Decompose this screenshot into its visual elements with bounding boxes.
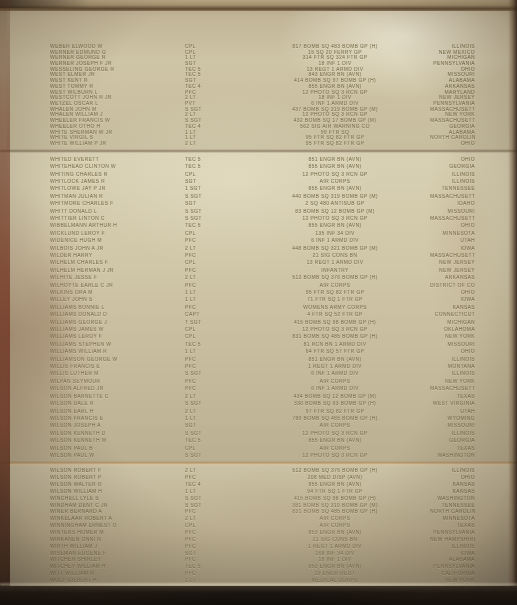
unit-cell: 97 FTR SQ 82 FTR GP xyxy=(240,409,430,415)
state-cell: IOWA xyxy=(430,551,475,557)
memorial-row: WICKLUND LEROY FCPL135 INF 34 DIVMINNESO… xyxy=(50,230,475,237)
unit-cell: 95 FTR SQ 82 FTR GP xyxy=(240,290,430,296)
memorial-row: WILSON KENNETH WTEC 5855 ENGR BN (AVN)GE… xyxy=(50,437,475,444)
name-cell: WIRKANEN ONNI N xyxy=(50,537,185,543)
state-cell: ILLINOIS xyxy=(430,371,475,377)
state-cell: OHIO xyxy=(430,141,475,147)
memorial-row: WHITTIER LINTON CS SGT12 PHOTO SQ 3 RCN … xyxy=(50,215,475,222)
state-cell: NEW HAMPSHIRE xyxy=(430,537,475,543)
unit-cell: 780 BOMB SQ 465 BOMB GP (H) xyxy=(240,416,430,422)
unit-cell: 853 ENGR BN (AVN) xyxy=(240,564,430,570)
memorial-row: WHITMAN JULIAN RS SGT440 BOMB SQ 319 BOM… xyxy=(50,193,475,200)
unit-cell: 6 INF 1 ARMD DIV xyxy=(240,371,430,377)
state-cell: ARKANSAS xyxy=(430,275,475,281)
memorial-row: WINKELAAR ROBERT A2 LTAIR CORPSMINNESOTA xyxy=(50,516,475,523)
rank-cell: PFC xyxy=(185,386,240,392)
rank-cell: CPL xyxy=(185,260,240,266)
photo-top-left-shadow xyxy=(0,0,90,8)
unit-cell: 831 BOMB SQ 485 BOMB GP (H) xyxy=(240,334,430,340)
memorial-row: WHITING CHARLES RCPL12 PHOTO SQ 3 RCN GP… xyxy=(50,171,475,178)
rank-cell: TEC 5 xyxy=(185,164,240,170)
unit-cell: AIR CORPS xyxy=(240,446,430,452)
unit-cell: 381 BOMB SQ 310 BOMB GP (M) xyxy=(240,503,430,509)
name-cell: WILLIAMS JAMES W xyxy=(50,327,185,333)
memorial-row: WILLEY JOHN S1 LT71 FTR SQ 1 FTR GPIOWA xyxy=(50,297,475,304)
state-cell: NEW YORK xyxy=(430,334,475,340)
name-cell: WILSON PAUL B xyxy=(50,446,185,452)
name-cell: WIDENICE HUGH M xyxy=(50,238,185,244)
memorial-row: WISEMAN EUGENE FSGT168 INF 34 DIVIOWA xyxy=(50,550,475,557)
state-cell: MINNESOTA xyxy=(430,516,475,522)
rank-cell: TEC 5 xyxy=(185,438,240,444)
rank-cell: CPL xyxy=(185,334,240,340)
state-cell: MICHIGAN xyxy=(430,320,475,326)
rank-cell: 2 LT xyxy=(185,409,240,415)
memorial-row: WILDER HARRYPFC21 SIG CONS BNMASSACHUSET… xyxy=(50,252,475,259)
state-cell: WASHINGTON xyxy=(430,453,475,459)
name-cell: WHITLOWE JAY P JR xyxy=(50,186,185,192)
name-cell: WILBOIS JOHN A JR xyxy=(50,246,185,252)
state-cell: MASSACHUSETTS xyxy=(430,216,475,222)
rank-cell: PFC xyxy=(185,305,240,311)
name-cell: WILLIAMS WILLIAM R xyxy=(50,349,185,355)
name-cell: WILHELM HERMAN J JR xyxy=(50,268,185,274)
rank-cell: SGT xyxy=(185,551,240,557)
memorial-row: WILLIAMSON GEORGE WPFC851 ENGR BN (AVN)I… xyxy=(50,356,475,363)
memorial-row: WILKINS ORA M1 LT95 FTR SQ 82 FTR GPOHIO xyxy=(50,289,475,296)
memorial-row: WILSON BARNETTE C2 LT434 BOMB SQ 12 BOMB… xyxy=(50,393,475,400)
name-cell: WHITMAN JULIAN R xyxy=(50,194,185,200)
state-cell: MINNESOTA xyxy=(430,231,475,237)
name-cell: WILSON ROBERT F xyxy=(50,468,185,474)
memorial-row: WILSON PAUL BCPLAIR CORPSTEXAS xyxy=(50,445,475,452)
rank-cell: PFC xyxy=(185,544,240,550)
state-cell: MISSOURI xyxy=(430,342,475,348)
name-cell: WISEMAN EUGENE F xyxy=(50,551,185,557)
unit-cell: 12 PHOTO SQ 3 RCN GP xyxy=(240,216,430,222)
name-cell: WILSON BARNETTE C xyxy=(50,394,185,400)
name-cell: WILSON WILLIAM H xyxy=(50,489,185,495)
memorial-row: WHITLOCK JAMES RSGTAIR CORPSILLINOIS xyxy=(50,178,475,185)
unit-cell: 512 BOMB SQ 376 BOMB GP (H) xyxy=(240,275,430,281)
name-cell: WHITE WILLIAM P JR xyxy=(50,141,185,147)
name-cell: WILLIS FRANCIS E xyxy=(50,364,185,370)
memorial-row: WILSON WILLIAM H1 LT94 FTR SQ 1 FTR GPKA… xyxy=(50,489,475,496)
unit-cell: 440 BOMB SQ 319 BOMB GP (M) xyxy=(240,194,430,200)
unit-cell: 434 BOMB SQ 12 BOMB GP (M) xyxy=(240,394,430,400)
name-cell: WINKELAAR ROBERT A xyxy=(50,516,185,522)
state-cell: KANSAS xyxy=(430,305,475,311)
memorial-row: WILHELM HERMAN J JRPFCINFANTRYNEW JERSEY xyxy=(50,267,475,274)
unit-cell: 1 REGT 1 ARMD DIV xyxy=(240,544,430,550)
rank-cell: S SGT xyxy=(185,209,240,215)
state-cell: PENNSYLVANIA xyxy=(430,530,475,536)
rank-cell: PFC xyxy=(185,238,240,244)
name-cell: WHITLOCK JAMES R xyxy=(50,179,185,185)
unit-cell: 855 ENGR BN (AVN) xyxy=(240,438,430,444)
rank-cell: S SGT xyxy=(185,496,240,502)
rank-cell: TEC 4 xyxy=(185,482,240,488)
name-cell: WIBBELMANN ARTHUR H xyxy=(50,223,185,229)
name-cell: WILKINS ORA M xyxy=(50,290,185,296)
name-cell: WILLIAMS DONALD D xyxy=(50,312,185,318)
memorial-tablet-photo: WEBER ELWOOD WCPL817 BOMB SQ 483 BOMB GP… xyxy=(0,0,517,605)
name-cell: WINTERS HOMER M xyxy=(50,530,185,536)
rank-cell: TEC 5 xyxy=(185,342,240,348)
name-cell: WILSON WALTER O xyxy=(50,482,185,488)
memorial-row: WITCHEY WILLIAM HTEC 5853 ENGR BN (AVN)P… xyxy=(50,564,475,571)
unit-cell: 21 SIG CONS BN xyxy=(240,537,430,543)
name-cell: WILSON FRANCIS E xyxy=(50,416,185,422)
memorial-row: WILHITE JESSE F2 LT512 BOMB SQ 376 BOMB … xyxy=(50,275,475,282)
unit-cell: 6 INF 1 ARMD DIV xyxy=(240,386,430,392)
unit-cell: 855 ENGR BN (AVN) xyxy=(240,223,430,229)
memorial-row: WILHOYTE EARLE C JRPFCAIR CORPSDISTRICT … xyxy=(50,282,475,289)
name-cell: WILLEY JOHN S xyxy=(50,297,185,303)
rank-cell: PFC xyxy=(185,357,240,363)
memorial-row: WILSON ALFRED JRPFC6 INF 1 ARMD DIVMASSA… xyxy=(50,386,475,393)
state-cell: IDAHO xyxy=(430,201,475,207)
state-cell: ILLINOIS xyxy=(430,544,475,550)
rank-cell: S SGT xyxy=(185,194,240,200)
state-cell: ILLINOIS xyxy=(430,468,475,474)
name-cell: WITCHER SHIRLEY xyxy=(50,557,185,563)
state-cell: MISSOURI xyxy=(430,423,475,429)
photo-bottom-shadow xyxy=(0,586,517,605)
state-cell: ILLINOIS xyxy=(430,172,475,178)
state-cell: MASSACHUSETTS xyxy=(430,253,475,259)
unit-cell: 853 ENGR BN (AVN) xyxy=(240,530,430,536)
rank-cell: S SGT xyxy=(185,503,240,509)
name-cell: WINDHAM DENT C JR xyxy=(50,503,185,509)
unit-cell: AIR CORPS xyxy=(240,179,430,185)
unit-cell: 851 ENGR BN (AVN) xyxy=(240,157,430,163)
state-cell: CALIFORNIA xyxy=(430,571,475,577)
unit-cell: 19 ENGR REGT xyxy=(240,571,430,577)
rank-cell: 1 SGT xyxy=(185,186,240,192)
name-cell: WHITTIER LINTON C xyxy=(50,216,185,222)
rank-cell: PFC xyxy=(185,379,240,385)
unit-cell: 831 BOMB SQ 485 BOMB GP (H) xyxy=(240,509,430,515)
name-cell: WILHELM CHARLES F xyxy=(50,260,185,266)
name-cell: WILSON KENNETH W xyxy=(50,438,185,444)
state-cell: NORTH CAROLINA xyxy=(430,509,475,515)
memorial-row: WILHELM CHARLES FCPL13 REGT 1 ARMD DIVNE… xyxy=(50,260,475,267)
memorial-row: WITT WILLIAM MPFC19 ENGR REGTCALIFORNIA xyxy=(50,571,475,578)
rank-cell: CAPT xyxy=(185,312,240,318)
state-cell: NEW JERSEY xyxy=(430,260,475,266)
state-cell: TENNESSEE xyxy=(430,186,475,192)
rank-cell: S SGT xyxy=(185,431,240,437)
rank-cell: 1 LT xyxy=(185,349,240,355)
rank-cell: 2 LT xyxy=(185,468,240,474)
memorial-row: WILSON KENNETH DS SGT12 PHOTO SQ 3 RCN G… xyxy=(50,430,475,437)
memorial-row: WILSON JOSEPH ASGTAIR CORPSMISSOURI xyxy=(50,423,475,430)
rank-cell: 2 LT xyxy=(185,141,240,147)
unit-cell: 6 INF 1 ARMD DIV xyxy=(240,238,430,244)
unit-cell: 21 SIG CONS BN xyxy=(240,253,430,259)
unit-cell: 81 RCN BN 1 ARMD DIV xyxy=(240,342,430,348)
rank-cell: CPL xyxy=(185,172,240,178)
rank-cell: TEC 5 xyxy=(185,223,240,229)
name-cell: WHITED EVERETT xyxy=(50,157,185,163)
name-cell: WILSON KENNETH D xyxy=(50,431,185,437)
state-cell: TENNESSEE xyxy=(430,503,475,509)
state-cell: ALABAMA xyxy=(430,557,475,563)
memorial-row: WILLIAMS GEORGE JT SGT415 BOMB SQ 98 BOM… xyxy=(50,319,475,326)
state-cell: TEXAS xyxy=(430,394,475,400)
memorial-row: WILLIS FRANCIS EPFC1 REGT 1 ARMD DIVMONT… xyxy=(50,363,475,370)
name-cell: WILLIAMS STEPHEN W xyxy=(50,342,185,348)
memorial-row: WILSON ROBERT PPFC208 MED DISP (AVN)OHIO xyxy=(50,475,475,482)
name-cell: WHITMORE CHARLES F xyxy=(50,201,185,207)
rank-cell: S SGT xyxy=(185,401,240,407)
memorial-row: WINDHAM DENT C JRS SGT381 BOMB SQ 310 BO… xyxy=(50,502,475,509)
rank-cell: PFC xyxy=(185,364,240,370)
memorial-row: WILSON FRANCIS E1 LT780 BOMB SQ 465 BOMB… xyxy=(50,415,475,422)
state-cell: KANSAS xyxy=(430,482,475,488)
name-cell: WILDER HARRY xyxy=(50,253,185,259)
rank-cell: 2 LT xyxy=(185,275,240,281)
panel-2-name-rows: WHITED EVERETTTEC 5851 ENGR BN (AVN)OHIO… xyxy=(50,156,475,460)
state-cell: IOWA xyxy=(430,297,475,303)
rank-cell: 1 LT xyxy=(185,297,240,303)
memorial-row: WILBOIS JOHN A JR2 LT448 BOMB SQ 321 BOM… xyxy=(50,245,475,252)
name-cell: WILLIAMS GEORGE J xyxy=(50,320,185,326)
unit-cell: AIR CORPS xyxy=(240,423,430,429)
tablet-right-edge xyxy=(508,0,517,605)
state-cell: ILLINOIS xyxy=(430,431,475,437)
unit-cell: 94 FTR SQ 1 FTR GP xyxy=(240,489,430,495)
rank-cell: CPL xyxy=(185,446,240,452)
rank-cell: SGT xyxy=(185,201,240,207)
state-cell: NEW YORK xyxy=(430,379,475,385)
memorial-row: WILSON DALE RS SGT330 BOMB SQ 93 BOMB GP… xyxy=(50,400,475,407)
memorial-row: WINNINGHAM ERNEST OCPLAIR CORPSTEXAS xyxy=(50,523,475,530)
unit-cell: AIR CORPS xyxy=(240,516,430,522)
name-cell: WIRTH WILLIAM J xyxy=(50,544,185,550)
memorial-row: WHITEHEAD CLINTON WTEC 5855 ENGR BN (AVN… xyxy=(50,163,475,170)
name-cell: WILSON PAUL W xyxy=(50,453,185,459)
state-cell: WYOMING xyxy=(430,416,475,422)
unit-cell: 168 INF 34 DIV xyxy=(240,551,430,557)
name-cell: WILHOYTE EARLE C JR xyxy=(50,283,185,289)
unit-cell: 13 REGT 1 ARMD DIV xyxy=(240,260,430,266)
memorial-row: WHITMORE CHARLES FSGT2 SQ 480 ANTISUB GP… xyxy=(50,200,475,207)
state-cell: WASHINGTON xyxy=(430,496,475,502)
memorial-row: WILLIAMS STEPHEN WTEC 581 RCN BN 1 ARMD … xyxy=(50,341,475,348)
unit-cell: 330 BOMB SQ 93 BOMB GP (H) xyxy=(240,401,430,407)
state-cell: NEW JERSEY xyxy=(430,268,475,274)
unit-cell: 95 FTR SQ 82 FTR GP xyxy=(240,141,430,147)
unit-cell: 18 INF 1 DIV xyxy=(240,557,430,563)
unit-cell: 64 FTR SQ 57 FTR GP xyxy=(240,349,430,355)
rank-cell: CPL xyxy=(185,327,240,333)
unit-cell: 855 ENGR BN (AVN) xyxy=(240,164,430,170)
rank-cell: SGT xyxy=(185,423,240,429)
state-cell: ILLINOIS xyxy=(430,179,475,185)
name-cell: WINNINGHAM ERNEST O xyxy=(50,523,185,529)
rank-cell: 1 LT xyxy=(185,416,240,422)
rank-cell: 2 LT xyxy=(185,516,240,522)
panel-3-name-rows: WILSON ROBERT F2 LT512 BOMB SQ 376 BOMB … xyxy=(50,468,475,584)
state-cell: MONTANA xyxy=(430,364,475,370)
unit-cell: 448 BOMB SQ 321 BOMB GP (M) xyxy=(240,246,430,252)
name-cell: WILPAN SEYMOUR xyxy=(50,379,185,385)
state-cell: IOWA xyxy=(430,246,475,252)
state-cell: OHIO xyxy=(430,475,475,481)
state-cell: TEXAS xyxy=(430,523,475,529)
unit-cell: 208 MED DISP (AVN) xyxy=(240,475,430,481)
memorial-row: WHITT DONALD LS SGT83 BOMB SQ 12 BOMB GP… xyxy=(50,208,475,215)
memorial-row: WHITLOWE JAY P JR1 SGT855 ENGR BN (AVN)T… xyxy=(50,186,475,193)
name-cell: WILSON ROBERT P xyxy=(50,475,185,481)
unit-cell: 512 BOMB SQ 376 BOMB GP (H) xyxy=(240,468,430,474)
rank-cell: CPL xyxy=(185,523,240,529)
rank-cell: PFC xyxy=(185,537,240,543)
unit-cell: 12 PHOTO SQ 3 RCN GP xyxy=(240,327,430,333)
name-cell: WINER BERNARD A xyxy=(50,509,185,515)
rank-cell: PFC xyxy=(185,557,240,563)
memorial-row: WILLIAMS LEROY FCPL831 BOMB SQ 485 BOMB … xyxy=(50,334,475,341)
unit-cell: AIR CORPS xyxy=(240,523,430,529)
unit-cell: 71 FTR SQ 1 FTR GP xyxy=(240,297,430,303)
name-cell: WILLIAMS BONNIE L xyxy=(50,305,185,311)
unit-cell: 851 ENGR BN (AVN) xyxy=(240,357,430,363)
unit-cell: INFANTRY xyxy=(240,268,430,274)
state-cell: GEORGIA xyxy=(430,164,475,170)
state-cell: KANSAS xyxy=(430,489,475,495)
name-cell: WILLIAMS LEROY F xyxy=(50,334,185,340)
rank-cell: S SGT xyxy=(185,453,240,459)
memorial-row: WHITED EVERETTTEC 5851 ENGR BN (AVN)OHIO xyxy=(50,156,475,163)
unit-cell: AIR CORPS xyxy=(240,379,430,385)
state-cell: UTAH xyxy=(430,409,475,415)
unit-cell: AIR CORPS xyxy=(240,283,430,289)
state-cell: WEST VIRGINIA xyxy=(430,401,475,407)
memorial-row: WIRTH WILLIAM JPFC1 REGT 1 ARMD DIVILLIN… xyxy=(50,543,475,550)
rank-cell: 1 LT xyxy=(185,489,240,495)
rank-cell: 2 LT xyxy=(185,246,240,252)
state-cell: OHIO xyxy=(430,157,475,163)
rank-cell: PFC xyxy=(185,253,240,259)
memorial-row: WIDENICE HUGH MPFC6 INF 1 ARMD DIVUTAH xyxy=(50,237,475,244)
memorial-row: WILLIAMS JAMES WCPL12 PHOTO SQ 3 RCN GPO… xyxy=(50,326,475,333)
memorial-row: WILLIAMS WILLIAM R1 LT64 FTR SQ 57 FTR G… xyxy=(50,349,475,356)
memorial-row: WINCHELL LYLE SS SGT415 BOMB SQ 98 BOMB … xyxy=(50,495,475,502)
unit-cell: 12 PHOTO SQ 3 RCN GP xyxy=(240,431,430,437)
rank-cell: 1 LT xyxy=(185,290,240,296)
state-cell: OHIO xyxy=(430,290,475,296)
rank-cell: PFC xyxy=(185,475,240,481)
unit-cell: 855 ENGR BN (AVN) xyxy=(240,482,430,488)
memorial-row: WITCHER SHIRLEYPFC18 INF 1 DIVALABAMA xyxy=(50,557,475,564)
memorial-row: WILSON PAUL WS SGT12 PHOTO SQ 3 RCN GPWA… xyxy=(50,452,475,459)
state-cell: OHIO xyxy=(430,223,475,229)
rank-cell: PFC xyxy=(185,268,240,274)
rank-cell: T SGT xyxy=(185,320,240,326)
state-cell: ILLINOIS xyxy=(430,357,475,363)
state-cell: MISSOURI xyxy=(430,209,475,215)
rank-cell: SGT xyxy=(185,179,240,185)
rank-cell: S SGT xyxy=(185,371,240,377)
name-cell: WITT WILLIAM M xyxy=(50,571,185,577)
memorial-row: WINER BERNARD APFC831 BOMB SQ 485 BOMB G… xyxy=(50,509,475,516)
rank-cell: TEC 5 xyxy=(185,157,240,163)
rank-cell: PFC xyxy=(185,509,240,515)
rank-cell: 2 LT xyxy=(185,394,240,400)
name-cell: WINCHELL LYLE S xyxy=(50,496,185,502)
rank-cell: S SGT xyxy=(185,216,240,222)
name-cell: WHITEHEAD CLINTON W xyxy=(50,164,185,170)
unit-cell: 12 PHOTO SQ 3 RCN GP xyxy=(240,453,430,459)
unit-cell: 4 FTR SQ 52 FTR GP xyxy=(240,312,430,318)
memorial-row: WILSON EARL H2 LT97 FTR SQ 82 FTR GPUTAH xyxy=(50,408,475,415)
unit-cell: 12 PHOTO SQ 3 RCN GP xyxy=(240,172,430,178)
unit-cell: 855 ENGR BN (AVN) xyxy=(240,186,430,192)
name-cell: WILSON JOSEPH A xyxy=(50,423,185,429)
memorial-row: WILLIAMS BONNIE LPFCWOMENS ARMY CORPSKAN… xyxy=(50,304,475,311)
memorial-row: WILLIAMS DONALD DCAPT4 FTR SQ 52 FTR GPC… xyxy=(50,312,475,319)
name-cell: WILSON ALFRED JR xyxy=(50,386,185,392)
state-cell: PENNSYLVANIA xyxy=(430,564,475,570)
rank-cell: PFC xyxy=(185,283,240,289)
memorial-row: WHITE WILLIAM P JR2 LT95 FTR SQ 82 FTR G… xyxy=(50,141,475,147)
name-cell: WITCHEY WILLIAM H xyxy=(50,564,185,570)
rank-cell: TEC 5 xyxy=(185,564,240,570)
name-cell: WILSON DALE R xyxy=(50,401,185,407)
state-cell: CONNECTICUT xyxy=(430,312,475,318)
state-cell: OKLAHOMA xyxy=(430,327,475,333)
memorial-row: WILSON ROBERT F2 LT512 BOMB SQ 376 BOMB … xyxy=(50,468,475,475)
memorial-row: WILPAN SEYMOURPFCAIR CORPSNEW YORK xyxy=(50,378,475,385)
rank-cell: PFC xyxy=(185,571,240,577)
unit-cell: 83 BOMB SQ 12 BOMB GP (M) xyxy=(240,209,430,215)
name-cell: WILLIS LUTHER M xyxy=(50,371,185,377)
memorial-row: WIBBELMANN ARTHUR HTEC 5855 ENGR BN (AVN… xyxy=(50,223,475,230)
name-cell: WILSON EARL H xyxy=(50,409,185,415)
name-cell: WILLIAMSON GEORGE W xyxy=(50,357,185,363)
state-cell: MASSACHUSETTS xyxy=(430,194,475,200)
memorial-row: WINTERS HOMER MPFC853 ENGR BN (AVN)PENNS… xyxy=(50,530,475,537)
state-cell: UTAH xyxy=(430,238,475,244)
tablet-left-edge xyxy=(0,0,10,605)
memorial-row: WIRKANEN ONNI NPFC21 SIG CONS BNNEW HAMP… xyxy=(50,536,475,543)
state-cell: GEORGIA xyxy=(430,438,475,444)
memorial-row: WILLIS LUTHER MS SGT6 INF 1 ARMD DIVILLI… xyxy=(50,371,475,378)
unit-cell: 1 REGT 1 ARMD DIV xyxy=(240,364,430,370)
unit-cell: 415 BOMB SQ 98 BOMB GP (H) xyxy=(240,496,430,502)
unit-cell: 415 BOMB SQ 98 BOMB GP (H) xyxy=(240,320,430,326)
panel-1-name-rows: WEBER ELWOOD WCPL817 BOMB SQ 483 BOMB GP… xyxy=(50,44,475,147)
state-cell: TEXAS xyxy=(430,446,475,452)
unit-cell: WOMENS ARMY CORPS xyxy=(240,305,430,311)
unit-cell: 2 SQ 480 ANTISUB GP xyxy=(240,201,430,207)
rank-cell: CPL xyxy=(185,231,240,237)
name-cell: WILHITE JESSE F xyxy=(50,275,185,281)
name-cell: WICKLUND LEROY F xyxy=(50,231,185,237)
state-cell: MASSACHUSETTS xyxy=(430,386,475,392)
rank-cell: PFC xyxy=(185,530,240,536)
state-cell: OHIO xyxy=(430,349,475,355)
name-cell: WHITING CHARLES R xyxy=(50,172,185,178)
memorial-row: WILSON WALTER OTEC 4855 ENGR BN (AVN)KAN… xyxy=(50,482,475,489)
name-cell: WHITT DONALD L xyxy=(50,209,185,215)
unit-cell: 135 INF 34 DIV xyxy=(240,231,430,237)
state-cell: DISTRICT OF COLUMBIA xyxy=(430,283,475,289)
